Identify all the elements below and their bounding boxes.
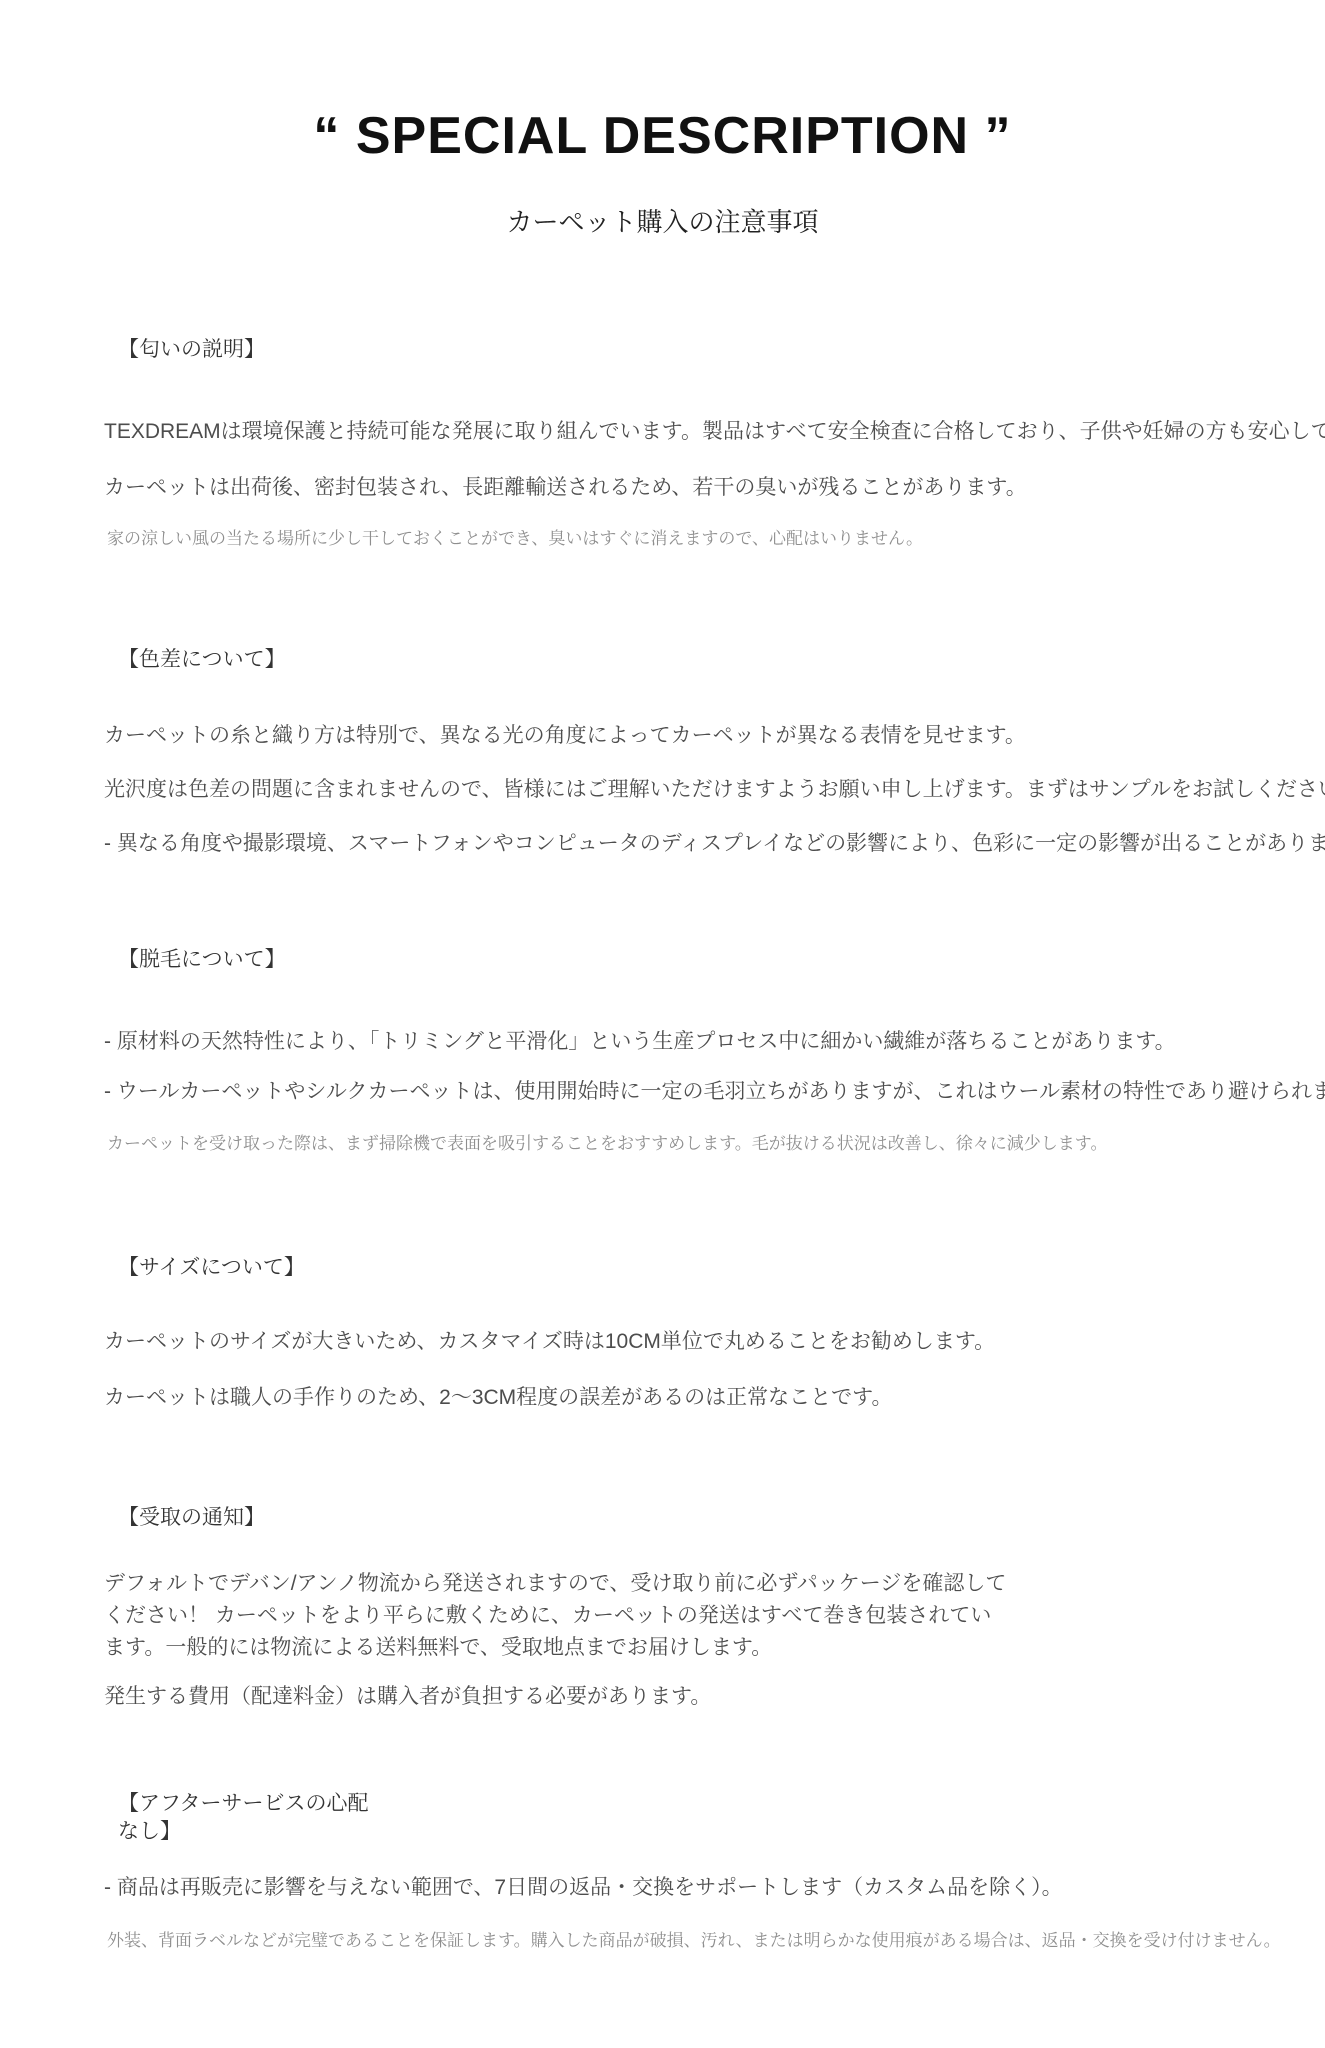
section-receipt-heading: 【受取の通知】 [118, 1504, 265, 1531]
shedding-note: カーペットを受け取った際は、まず掃除機で表面を吸引することをおすすめします。毛が… [107, 1133, 1107, 1155]
receipt-para-1: デフォルトでデバン/アンノ物流から発送されますので、受け取り前に必ずパッケージを… [104, 1568, 1009, 1664]
shedding-para-2: - ウールカーペットやシルクカーペットは、使用開始時に一定の毛羽立ちがありますが… [104, 1078, 1325, 1105]
receipt-para-2: 発生する費用（配達料金）は購入者が負担する必要があります。 [104, 1683, 711, 1710]
smell-para-1: TEXDREAMは環境保護と持続可能な発展に取り組んでいます。製品はすべて安全検… [104, 418, 1325, 445]
color-para-2: 光沢度は色差の問題に含まれませんので、皆様にはご理解いただけますようお願い申し上… [104, 776, 1325, 803]
smell-para-2: カーペットは出荷後、密封包装され、長距離輸送されるため、若干の臭いが残ることがあ… [104, 474, 1027, 501]
page-subtitle: カーペット購入の注意事項 [0, 202, 1325, 239]
color-para-3: - 異なる角度や撮影環境、スマートフォンやコンピュータのディスプレイなどの影響に… [104, 830, 1325, 857]
notice-page: “ SPECIAL DESCRIPTION ” カーペット購入の注意事項 【匂い… [0, 0, 1325, 2048]
color-para-1: カーペットの糸と織り方は特別で、異なる光の角度によってカーペットが異なる表情を見… [104, 722, 1026, 749]
afterservice-note: 外装、背面ラベルなどが完璧であることを保証します。購入した商品が破損、汚れ、また… [107, 1930, 1281, 1952]
size-para-1: カーペットのサイズが大きいため、カスタマイズ時は10CM単位で丸めることをお勧め… [104, 1328, 995, 1355]
section-afterservice-heading: 【アフターサービスの心配なし】 [118, 1790, 370, 1847]
section-color-heading: 【色差について】 [118, 646, 286, 673]
size-para-2: カーペットは職人の手作りのため、2〜3CM程度の誤差があるのは正常なことです。 [104, 1384, 893, 1411]
page-title: “ SPECIAL DESCRIPTION ” [0, 106, 1325, 166]
section-size-heading: 【サイズについて】 [118, 1254, 305, 1281]
section-shedding-heading: 【脱毛について】 [118, 946, 286, 973]
smell-note: 家の涼しい風の当たる場所に少し干しておくことができ、臭いはすぐに消えますので、心… [107, 528, 923, 550]
afterservice-para-1: - 商品は再販売に影響を与えない範囲で、7日間の返品・交換をサポートします（カス… [104, 1874, 1063, 1901]
section-smell-heading: 【匂いの説明】 [118, 336, 265, 363]
shedding-para-1: - 原材料の天然特性により、「トリミングと平滑化」という生産プロセス中に細かい繊… [104, 1028, 1176, 1055]
